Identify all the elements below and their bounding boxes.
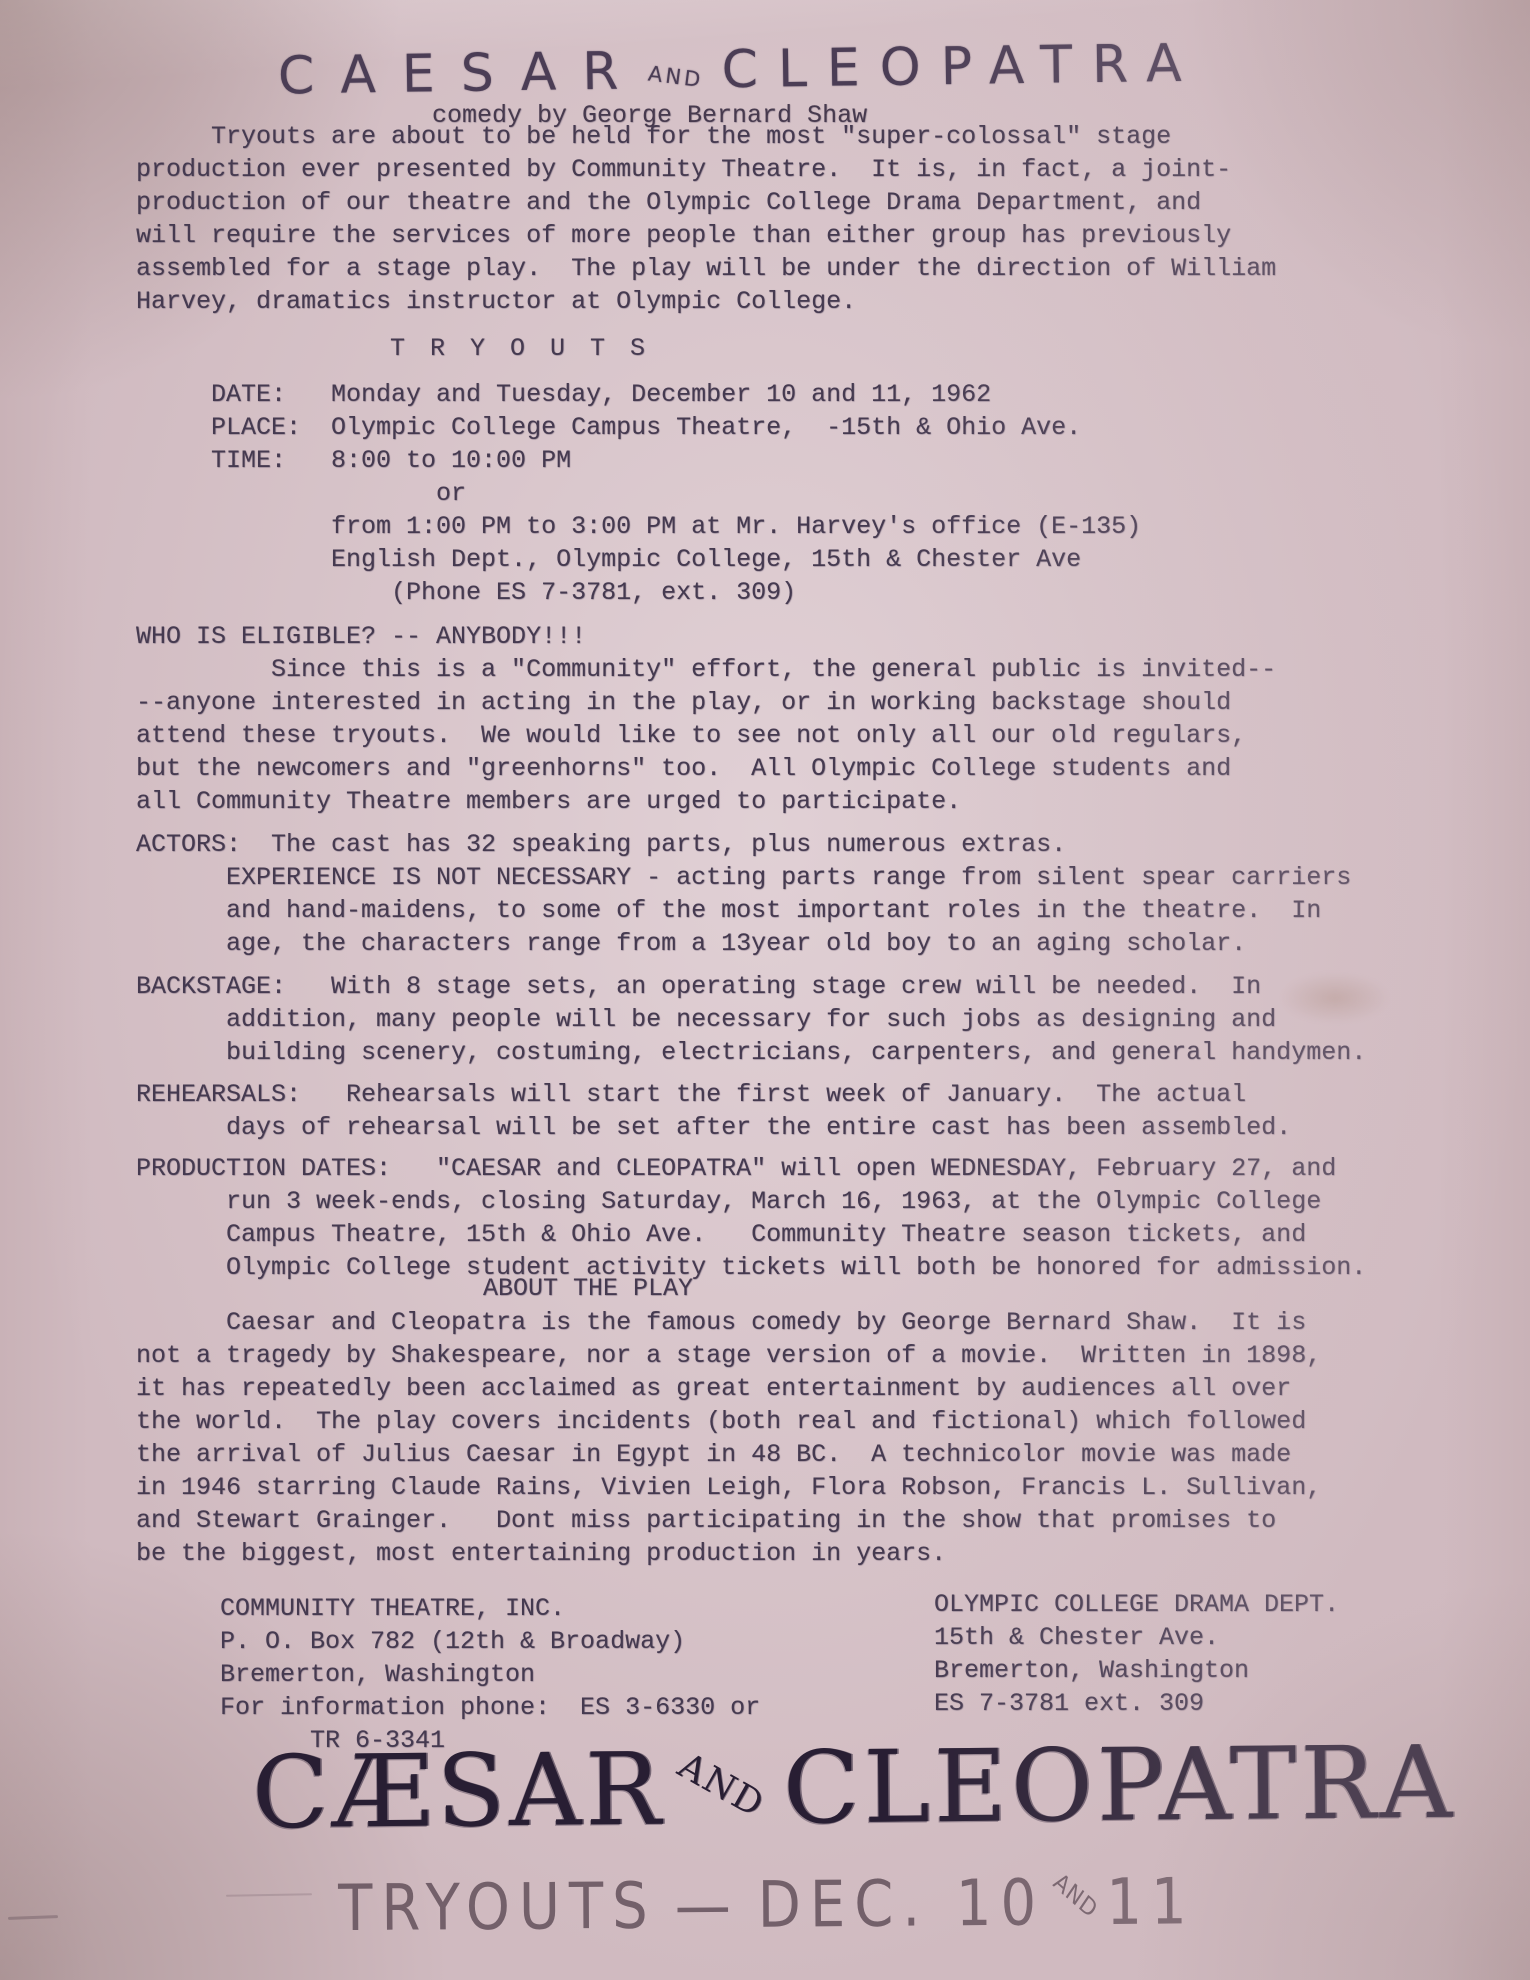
tryouts-heading: T R Y O U T S: [390, 332, 650, 365]
contact-olympic-college: OLYMPIC COLLEGE DRAMA DEPT.15th & Cheste…: [934, 1588, 1339, 1720]
text-line: Caesar and Cleopatra is the famous comed…: [136, 1306, 1321, 1339]
handwritten-title: CAESARANDCLEOPATRA: [278, 34, 1202, 107]
text-line: and hand-maidens, to some of the most im…: [136, 894, 1351, 927]
about-the-play-section: Caesar and Cleopatra is the famous comed…: [136, 1306, 1321, 1570]
pencil-note-date: DEC. 10: [757, 1866, 1045, 1942]
backstage-section: BACKSTAGE: With 8 stage sets, an operati…: [136, 970, 1366, 1069]
text-line: TIME: 8:00 to 10:00 PM: [136, 444, 1141, 477]
text-line: production of our theatre and the Olympi…: [136, 186, 1276, 219]
pencil-note-and: AND: [1049, 1868, 1103, 1924]
text-line: run 3 week-ends, closing Saturday, March…: [136, 1185, 1366, 1218]
intro-paragraph: Tryouts are about to be held for the mos…: [136, 120, 1276, 318]
text-line: ACTORS: The cast has 32 speaking parts, …: [136, 828, 1351, 861]
actors-section: ACTORS: The cast has 32 speaking parts, …: [136, 828, 1351, 960]
text-line: the arrival of Julius Caesar in Egypt in…: [136, 1438, 1321, 1471]
pencil-stray-mark: [8, 1915, 58, 1920]
text-line: production ever presented by Community T…: [136, 153, 1276, 186]
text-line: 15th & Chester Ave.: [934, 1621, 1339, 1654]
text-line: all Community Theatre members are urged …: [136, 785, 1276, 818]
rehearsals-section: REHEARSALS: Rehearsals will start the fi…: [136, 1078, 1291, 1144]
text-line: --anyone interested in acting in the pla…: [136, 686, 1276, 719]
text-line: WHO IS ELIGIBLE? -- ANYBODY!!!: [136, 620, 1276, 653]
text-line: Tryouts are about to be held for the mos…: [136, 120, 1276, 153]
title-word-and: AND: [647, 62, 705, 93]
text-line: Olympic College student activity tickets…: [136, 1251, 1366, 1284]
text-line: assembled for a stage play. The play wil…: [136, 252, 1276, 285]
big-title-cleopatra: CLEOPATRA: [782, 1724, 1456, 1847]
text-line: building scenery, costuming, electrician…: [136, 1036, 1366, 1069]
text-line: be the biggest, most entertaining produc…: [136, 1537, 1321, 1570]
text-line: DATE: Monday and Tuesday, December 10 an…: [136, 378, 1141, 411]
text-line: will require the services of more people…: [136, 219, 1276, 252]
text-line: age, the characters range from a 13year …: [136, 927, 1351, 960]
big-title-caesar: CÆSAR: [251, 1731, 665, 1852]
text-line: Since this is a "Community" effort, the …: [136, 653, 1276, 686]
text-line: days of rehearsal will be set after the …: [136, 1111, 1291, 1144]
pencil-tryouts-note: TRYOUTS—DEC. 10AND11: [338, 1865, 1196, 1946]
text-line: attend these tryouts. We would like to s…: [136, 719, 1276, 752]
title-word-caesar: CAESAR: [278, 41, 645, 106]
text-line: BACKSTAGE: With 8 stage sets, an operati…: [136, 970, 1366, 1003]
text-line: Campus Theatre, 15th & Ohio Ave. Communi…: [136, 1218, 1366, 1251]
text-line: OLYMPIC COLLEGE DRAMA DEPT.: [934, 1588, 1339, 1621]
big-title-and: AND: [654, 1716, 788, 1855]
title-word-cleopatra: CLEOPATRA: [721, 34, 1202, 101]
pencil-note-tryouts: TRYOUTS: [338, 1869, 657, 1946]
text-line: PLACE: Olympic College Campus Theatre, -…: [136, 411, 1141, 444]
text-line: EXPERIENCE IS NOT NECESSARY - acting par…: [136, 861, 1351, 894]
text-line: from 1:00 PM to 3:00 PM at Mr. Harvey's …: [136, 510, 1141, 543]
pencil-note-day2: 11: [1106, 1865, 1196, 1940]
text-line: in 1946 starring Claude Rains, Vivien Le…: [136, 1471, 1321, 1504]
text-line: P. O. Box 782 (12th & Broadway): [220, 1625, 760, 1658]
text-line: not a tragedy by Shakespeare, nor a stag…: [136, 1339, 1321, 1372]
text-line: or: [136, 477, 1141, 510]
text-line: it has repeatedly been acclaimed as grea…: [136, 1372, 1321, 1405]
text-line: (Phone ES 7-3781, ext. 309): [136, 576, 1141, 609]
text-line: COMMUNITY THEATRE, INC.: [220, 1592, 760, 1625]
eligibility-section: WHO IS ELIGIBLE? -- ANYBODY!!! Since thi…: [136, 620, 1276, 818]
flyer-page: CAESARANDCLEOPATRA comedy by George Bern…: [0, 0, 1530, 1980]
text-line: ES 7-3781 ext. 309: [934, 1687, 1339, 1720]
pencil-stray-mark: [226, 1893, 312, 1897]
hand-drawn-title: CÆSARANDCLEOPATRA: [251, 1729, 1456, 1871]
text-line: but the newcomers and "greenhorns" too. …: [136, 752, 1276, 785]
text-line: For information phone: ES 3-6330 or: [220, 1691, 760, 1724]
tryouts-details: DATE: Monday and Tuesday, December 10 an…: [136, 378, 1141, 609]
text-line: REHEARSALS: Rehearsals will start the fi…: [136, 1078, 1291, 1111]
text-line: Harvey, dramatics instructor at Olympic …: [136, 285, 1276, 318]
text-line: the world. The play covers incidents (bo…: [136, 1405, 1321, 1438]
text-line: and Stewart Grainger. Dont miss particip…: [136, 1504, 1321, 1537]
text-line: PRODUCTION DATES: "CAESAR and CLEOPATRA"…: [136, 1152, 1366, 1185]
text-line: Bremerton, Washington: [934, 1654, 1339, 1687]
text-line: Bremerton, Washington: [220, 1658, 760, 1691]
text-line: English Dept., Olympic College, 15th & C…: [136, 543, 1141, 576]
paper-stain: [1280, 972, 1390, 1024]
pencil-note-dash: —: [674, 1869, 739, 1944]
text-line: addition, many people will be necessary …: [136, 1003, 1366, 1036]
production-dates-section: PRODUCTION DATES: "CAESAR and CLEOPATRA"…: [136, 1152, 1366, 1284]
about-the-play-heading: ABOUT THE PLAY: [483, 1272, 693, 1305]
